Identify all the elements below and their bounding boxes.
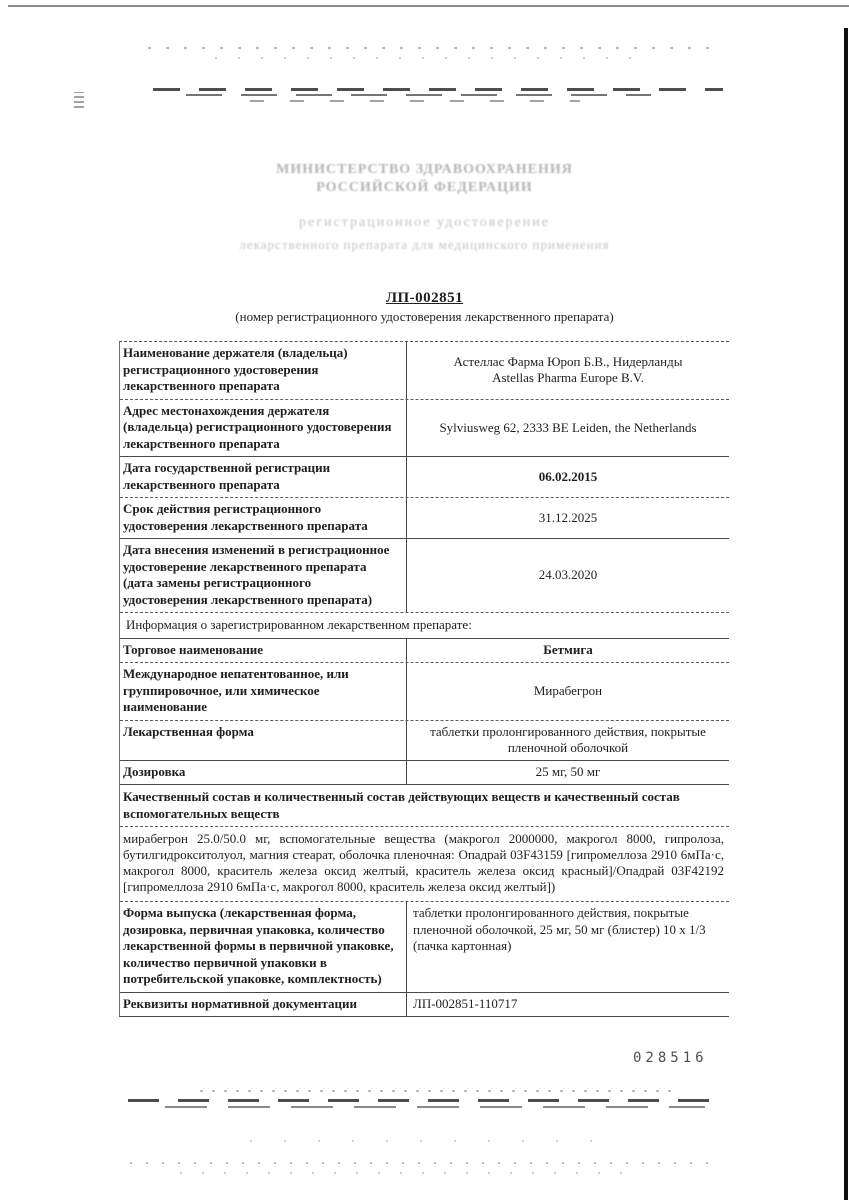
scan-noise-band <box>250 100 580 102</box>
scan-noise-band <box>130 1162 710 1164</box>
scan-noise-band <box>200 1090 680 1092</box>
row-release-form-value: таблетки пролонгированного действия, пок… <box>407 902 729 992</box>
row-dosage: Дозировка 25 мг, 50 мг <box>120 760 729 785</box>
scan-noise-band <box>165 1106 705 1108</box>
scanned-certificate-page: МИНИСТЕРСТВО ЗДРАВООХРАНЕНИЯ РОССИЙСКОЙ … <box>0 0 849 1200</box>
row-dosage-form-value: таблетки пролонгированного действия, пок… <box>407 721 729 760</box>
composition-text: мирабегрон 25.0/50.0 мг, вспомогательные… <box>120 827 729 901</box>
row-trade-name: Торговое наименование Бетмига <box>120 638 729 663</box>
scan-noise-band <box>250 1140 610 1142</box>
row-holder-name-value: Астеллас Фарма Юроп Б.В., Нидерланды Ast… <box>407 342 729 399</box>
certificate-details-table: Наименование держателя (владельца) регис… <box>119 341 729 1017</box>
row-trade-name-value: Бетмига <box>407 639 729 663</box>
scan-noise-band <box>128 1099 728 1102</box>
scan-noise-band <box>153 88 723 91</box>
row-holder-name: Наименование держателя (владельца) регис… <box>120 342 729 399</box>
info-line-row: Информация о зарегистрированном лекарств… <box>120 612 729 638</box>
row-amendment-date-value: 24.03.2020 <box>407 539 729 612</box>
scan-noise-mark <box>74 92 84 108</box>
row-normative-docs-value: ЛП-002851-110717 <box>407 993 729 1017</box>
row-holder-address-value: Sylviusweg 62, 2333 BE Leiden, the Nethe… <box>407 400 729 457</box>
row-validity-date-label: Срок действия регистрационного удостовер… <box>120 498 407 538</box>
ministry-line2: РОССИЙСКОЙ ФЕДЕРАЦИИ <box>0 179 849 197</box>
row-normative-docs: Реквизиты нормативной документации ЛП-00… <box>120 992 729 1017</box>
row-amendment-date-label: Дата внесения изменений в регистрационно… <box>120 539 407 612</box>
row-dosage-form: Лекарственная форма таблетки пролонгиров… <box>120 720 729 760</box>
row-release-form-label: Форма выпуска (лекарственная форма, дози… <box>120 902 407 992</box>
registration-number: ЛП-002851 <box>0 290 849 307</box>
row-holder-name-label: Наименование держателя (владельца) регис… <box>120 342 407 399</box>
scan-top-edge-line <box>8 5 849 7</box>
scan-noise-band <box>148 47 713 49</box>
scan-noise-band <box>180 1172 640 1174</box>
info-line: Информация о зарегистрированном лекарств… <box>120 613 478 638</box>
row-normative-docs-label: Реквизиты нормативной документации <box>120 993 407 1017</box>
row-inn-name-label: Международное непатентованное, или групп… <box>120 663 407 720</box>
faded-certificate-subtitle: лекарственного препарата для медицинског… <box>0 237 849 253</box>
row-amendment-date: Дата внесения изменений в регистрационно… <box>120 538 729 612</box>
row-dosage-form-label: Лекарственная форма <box>120 721 407 760</box>
ministry-line1: МИНИСТЕРСТВО ЗДРАВООХРАНЕНИЯ <box>0 161 849 179</box>
row-dosage-label: Дозировка <box>120 761 407 785</box>
scan-noise-band <box>186 94 651 96</box>
row-inn-name: Международное непатентованное, или групп… <box>120 662 729 720</box>
row-dosage-value: 25 мг, 50 мг <box>407 761 729 785</box>
scan-noise-band <box>215 57 635 59</box>
row-holder-address: Адрес местонахождения держателя (владель… <box>120 399 729 457</box>
stamp-number: 028516 <box>633 1050 708 1066</box>
registration-number-caption: (номер регистрационного удостоверения ле… <box>0 309 849 325</box>
row-release-form: Форма выпуска (лекарственная форма, дози… <box>120 901 729 992</box>
row-registration-date: Дата государственной регистрации лекарст… <box>120 456 729 497</box>
composition-header-row: Качественный состав и количественный сос… <box>120 784 729 826</box>
row-validity-date: Срок действия регистрационного удостовер… <box>120 497 729 538</box>
row-trade-name-label: Торговое наименование <box>120 639 407 663</box>
composition-header: Качественный состав и количественный сос… <box>120 785 729 826</box>
row-holder-address-label: Адрес местонахождения держателя (владель… <box>120 400 407 457</box>
row-registration-date-value: 06.02.2015 <box>407 457 729 497</box>
row-inn-name-value: Мирабегрон <box>407 663 729 720</box>
composition-text-row: мирабегрон 25.0/50.0 мг, вспомогательные… <box>120 826 729 901</box>
row-registration-date-label: Дата государственной регистрации лекарст… <box>120 457 407 497</box>
faded-certificate-title: регистрационное удостоверение <box>0 215 849 231</box>
ministry-letterhead: МИНИСТЕРСТВО ЗДРАВООХРАНЕНИЯ РОССИЙСКОЙ … <box>0 161 849 197</box>
row-validity-date-value: 31.12.2025 <box>407 498 729 538</box>
scan-right-edge-bar <box>844 28 848 1200</box>
